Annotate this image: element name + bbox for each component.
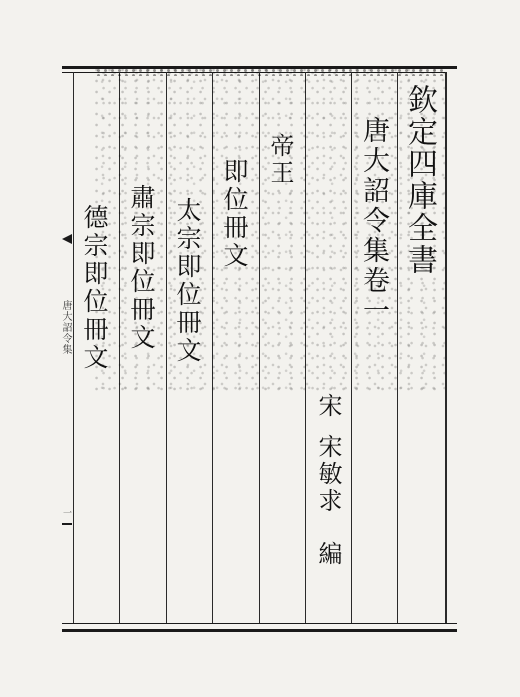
fishtail-mark: [62, 234, 72, 244]
dynasty: 宋: [316, 393, 340, 420]
document-page: 欽定四庫全書 唐大詔令集卷一 宋 宋敏求 編 帝王 即位冊文 太宗即位冊文 肅宗…: [0, 0, 520, 697]
entry-title: 太宗即位冊文: [175, 197, 200, 365]
author-role: 編: [316, 541, 340, 568]
column-rule: [351, 72, 352, 623]
column-rule: [397, 72, 398, 623]
column-rule: [259, 72, 260, 623]
margin-book-title: 唐大詔令集: [58, 300, 73, 355]
column-rule: [212, 72, 213, 623]
column-rule: [73, 72, 74, 623]
column-rule: [305, 72, 306, 623]
entry-title: 即位冊文: [222, 158, 247, 270]
library-title: 欽定四庫全書: [404, 84, 434, 276]
margin-page-tick: [62, 523, 72, 525]
right-border: [445, 72, 447, 623]
bottom-border-thin: [62, 623, 457, 624]
entry-title: 德宗即位冊文: [82, 204, 107, 372]
book-title: 唐大詔令集卷一: [360, 116, 387, 326]
column-rule: [166, 72, 167, 623]
margin-page-number: 一: [60, 508, 73, 518]
bottom-border-thick: [62, 629, 457, 632]
author: 宋敏求: [316, 434, 340, 515]
section-heading: 帝王: [268, 133, 292, 187]
entry-title: 肅宗即位冊文: [129, 184, 154, 352]
scan-noise-top: [95, 68, 445, 76]
column-rule: [119, 72, 120, 623]
